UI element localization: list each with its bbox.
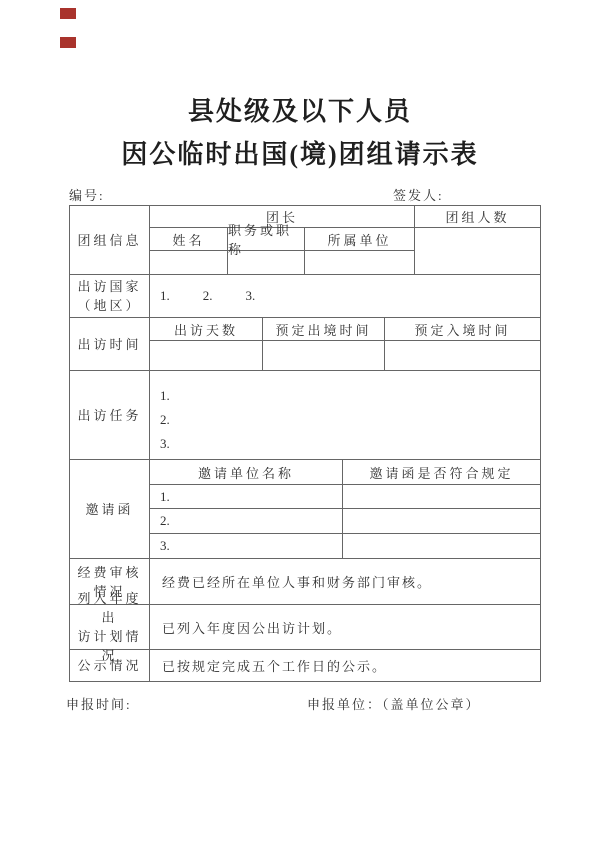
section-schedule: 出访时间 出访天数 预定出境时间 预定入境时间 (70, 318, 540, 371)
unit-header-cell: 所属单位 (305, 228, 415, 251)
annual-plan-label-cell: 列入年度出 访计划情况 (70, 605, 150, 649)
tasks-label-cell: 出访任务 (70, 371, 150, 459)
departure-header: 预定出境时间 (275, 320, 371, 339)
country-item-3: 3. (246, 288, 256, 304)
departure-value-cell (263, 341, 385, 370)
days-header: 出访天数 (174, 320, 238, 339)
section-invitation: 邀请函 邀请单位名称 邀请函是否符合规定 1. 2. (70, 460, 540, 559)
schedule-label-cell: 出访时间 (70, 318, 150, 370)
section-group-info: 团组信息 团长 团组人数 姓名 职务或职称 (70, 206, 540, 275)
publicity-statement: 已按规定完成五个工作日的公示。 (162, 656, 387, 675)
red-scan-mark-top (60, 8, 76, 19)
form-table: 团组信息 团长 团组人数 姓名 职务或职称 (69, 205, 541, 682)
invite-row-1-compliance-cell (343, 485, 540, 509)
section-countries: 出访国家 （地区） 1. 2. 3. (70, 275, 540, 318)
departure-header-cell: 预定出境时间 (263, 318, 385, 341)
task-item-2: 2. (160, 408, 540, 432)
group-size-header-cell: 团组人数 (415, 206, 540, 228)
invite-row-3-number-cell: 3. (150, 534, 343, 558)
days-header-cell: 出访天数 (150, 318, 263, 341)
section-publicity: 公示情况 已按规定完成五个工作日的公示。 (70, 650, 540, 681)
name-header-cell: 姓名 (150, 228, 228, 251)
invite-row-3-compliance-cell (343, 534, 540, 558)
countries-label-line2: （地区） (77, 296, 141, 315)
invite-row-2-compliance-cell (343, 509, 540, 533)
return-value-cell (385, 341, 540, 370)
task-item-1: 1. (160, 384, 540, 408)
annual-plan-statement-cell: 已列入年度因公出访计划。 (150, 605, 540, 649)
return-header: 预定入境时间 (414, 320, 510, 339)
name-value-cell (150, 251, 228, 274)
days-value-cell (150, 341, 263, 370)
invitation-label: 邀请函 (85, 500, 133, 519)
meta-row: 编号: 签发人: (69, 185, 541, 200)
funding-label-line1: 经费审核 (77, 563, 141, 582)
unit-value-cell (305, 251, 415, 274)
publicity-label: 公示情况 (77, 656, 141, 675)
section-tasks: 出访任务 1. 2. 3. (70, 371, 540, 460)
tasks-value-cell: 1. 2. 3. (150, 371, 540, 459)
invite-row-1-number-cell: 1. (150, 485, 343, 509)
return-header-cell: 预定入境时间 (385, 318, 540, 341)
invite-row-2-number-cell: 2. (150, 509, 343, 533)
name-header: 姓名 (172, 230, 204, 249)
position-value-cell (228, 251, 305, 274)
section-annual-plan: 列入年度出 访计划情况 已列入年度因公出访计划。 (70, 605, 540, 650)
unit-header: 所属单位 (327, 230, 391, 249)
footer-row: 申报时间: 申报单位：（盖单位公章） (66, 694, 600, 710)
funding-statement-cell: 经费已经所在单位人事和财务部门审核。 (150, 559, 540, 604)
tasks-label: 出访任务 (77, 406, 141, 425)
country-item-1: 1. (160, 288, 170, 304)
serial-number-label: 编号: (69, 188, 105, 203)
group-size-header: 团组人数 (445, 207, 509, 226)
publicity-label-cell: 公示情况 (70, 650, 150, 681)
invite-compliance-header: 邀请函是否符合规定 (369, 463, 513, 482)
title-line-2: 因公临时出国(境)团组请示表 (0, 133, 600, 176)
annual-plan-label-line1: 列入年度出 (70, 589, 149, 627)
declare-unit-label: 申报单位：（盖单位公章） (307, 694, 481, 713)
country-item-2: 2. (203, 288, 213, 304)
group-info-label-cell: 团组信息 (70, 206, 150, 274)
invite-unit-header: 邀请单位名称 (198, 463, 294, 482)
task-item-3: 3. (160, 432, 540, 456)
group-size-value-cell (415, 228, 540, 274)
invitation-label-cell: 邀请函 (70, 460, 150, 558)
position-header-cell: 职务或职称 (228, 228, 305, 251)
invite-compliance-header-cell: 邀请函是否符合规定 (343, 460, 540, 485)
issuer-label: 签发人: (393, 185, 444, 204)
group-info-label: 团组信息 (77, 231, 141, 250)
countries-label-line1: 出访国家 (77, 277, 141, 296)
publicity-statement-cell: 已按规定完成五个工作日的公示。 (150, 650, 540, 681)
funding-statement: 经费已经所在单位人事和财务部门审核。 (162, 572, 432, 591)
schedule-label: 出访时间 (77, 335, 141, 354)
title-line-1: 县处级及以下人员 (0, 90, 600, 133)
invite-row-1-number: 1. (160, 489, 170, 505)
invite-row-3-number: 3. (160, 538, 170, 554)
annual-plan-statement: 已列入年度因公出访计划。 (162, 618, 342, 637)
invite-row-2-number: 2. (160, 513, 170, 529)
form-title: 县处级及以下人员 因公临时出国(境)团组请示表 (0, 90, 600, 176)
document-page: 县处级及以下人员 因公临时出国(境)团组请示表 编号: 签发人: 团组信息 团长… (0, 0, 600, 849)
declare-time-label: 申报时间: (66, 697, 132, 712)
countries-label-cell: 出访国家 （地区） (70, 275, 150, 317)
red-scan-mark-bottom (60, 37, 76, 48)
countries-value-cell: 1. 2. 3. (150, 275, 540, 317)
invite-unit-header-cell: 邀请单位名称 (150, 460, 343, 485)
